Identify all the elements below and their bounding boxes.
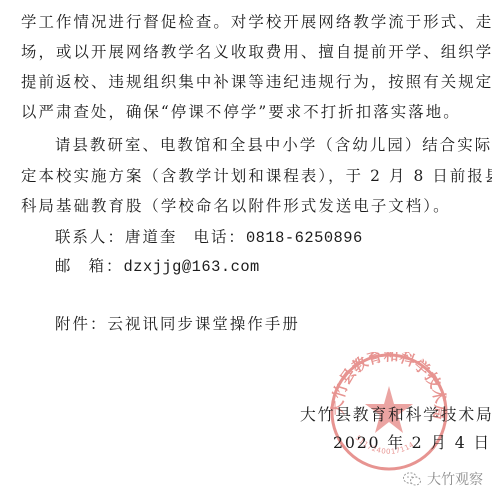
paragraph-1-line-3: 提前返校、违规组织集中补课等违纪违规行为，按照有关规定予 bbox=[21, 72, 492, 92]
contact-phone-label: 电话： bbox=[193, 228, 245, 246]
wechat-icon bbox=[402, 471, 422, 487]
email-address: dzxjjg@163.com bbox=[123, 258, 259, 276]
contact-person-name: 唐道奎 bbox=[125, 228, 177, 246]
paragraph-2-line-1: 请县教研室、电教馆和全县中小学（含幼儿园）结合实际制 bbox=[55, 135, 492, 155]
paragraph-2-line-2: 定本校实施方案（含教学计划和课程表），于 2 月 8 日前报县教 bbox=[21, 166, 492, 186]
attachment-label: 附件： bbox=[55, 315, 107, 333]
watermark-text: 大竹观察 bbox=[427, 469, 483, 489]
attachment-line: 附件：云视讯同步课堂操作手册 bbox=[55, 314, 300, 334]
contact-line: 联系人：唐道奎电话：0818-6250896 bbox=[55, 227, 363, 248]
paragraph-1-line-4: 以严肃查处，确保“停课不停学”要求不打折扣落实落地。 bbox=[21, 102, 461, 122]
email-line: 邮箱：dzxjjg@163.com bbox=[55, 256, 260, 277]
contact-person-label: 联系人： bbox=[55, 228, 125, 246]
paragraph-2-line-3: 科局基础教育股（学校命名以附件形式发送电子文档）。 bbox=[21, 196, 451, 216]
issue-date: 2020 年 2 月 4 日 bbox=[333, 433, 491, 453]
wechat-watermark: 大竹观察 bbox=[402, 468, 483, 490]
email-label-part-1: 邮 bbox=[55, 257, 73, 275]
paragraph-1-line-1: 学工作情况进行督促检查。对学校开展网络教学流于形式、走过 bbox=[21, 12, 492, 32]
attachment-title: 云视讯同步课堂操作手册 bbox=[107, 315, 299, 333]
document-page: 学工作情况进行督促检查。对学校开展网络教学流于形式、走过 场，或以开展网络教学名… bbox=[0, 0, 492, 499]
contact-phone: 0818-6250896 bbox=[246, 229, 363, 247]
issuing-organization: 大竹县教育和科学技术局 bbox=[300, 405, 492, 425]
email-label-part-2: 箱： bbox=[89, 257, 124, 275]
paragraph-1-line-2: 场，或以开展网络教学名义收取费用、擅自提前开学、组织学生 bbox=[21, 42, 492, 62]
